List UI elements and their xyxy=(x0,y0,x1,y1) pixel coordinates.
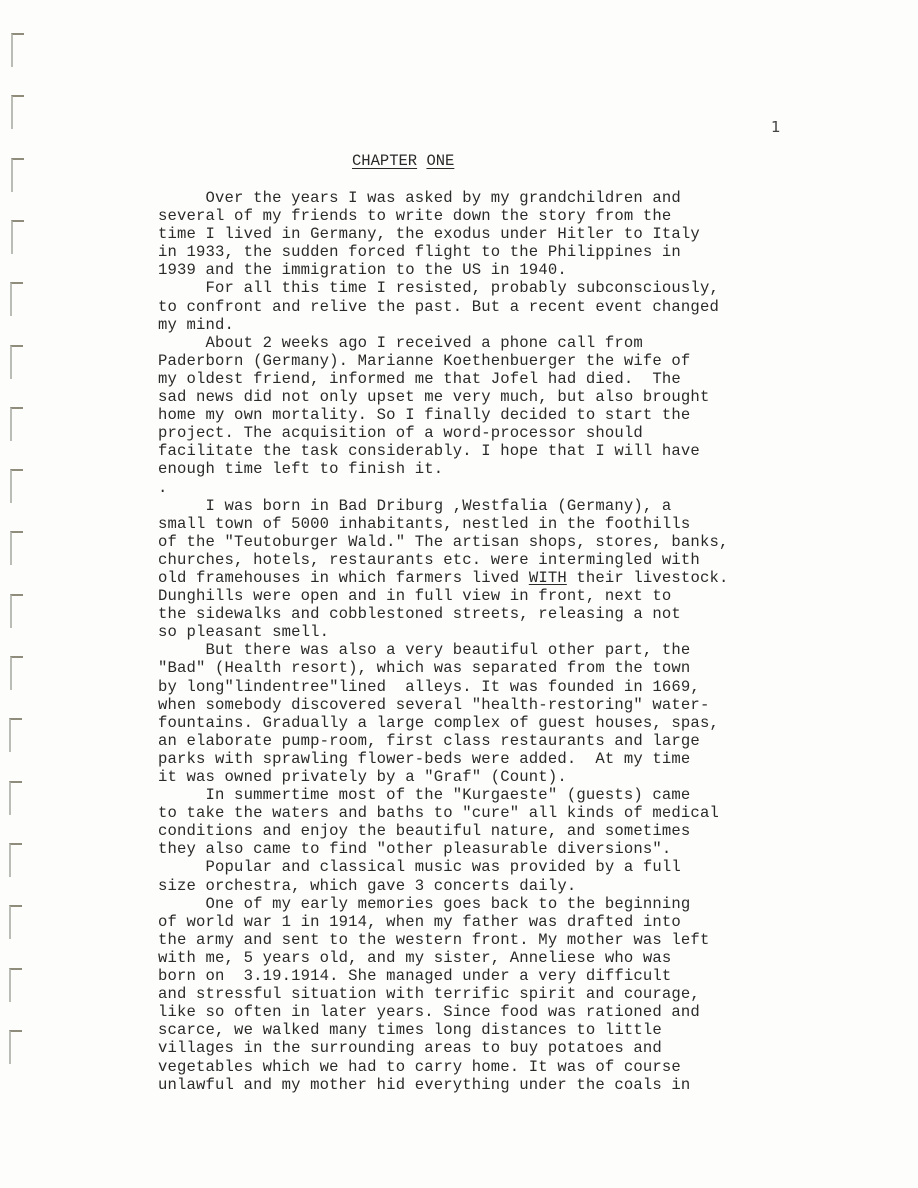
text-segment: their livestock. xyxy=(567,569,729,587)
text-line: with me, 5 years old, and my sister, Ann… xyxy=(158,949,838,967)
chapter-title-word-2: ONE xyxy=(426,152,454,170)
text-line: . xyxy=(158,479,838,497)
text-line: enough time left to finish it. xyxy=(158,460,838,478)
text-line: when somebody discovered several "health… xyxy=(158,696,838,714)
text-line: Popular and classical music was provided… xyxy=(158,858,838,876)
text-line: 1939 and the immigration to the US in 19… xyxy=(158,261,838,279)
text-line: scarce, we walked many times long distan… xyxy=(158,1021,838,1039)
text-line: in 1933, the sudden forced flight to the… xyxy=(158,243,838,261)
text-line: so pleasant smell. xyxy=(158,623,838,641)
page-number: 1 xyxy=(771,118,781,136)
text-line: vegetables which we had to carry home. I… xyxy=(158,1058,838,1076)
text-line: my oldest friend, informed me that Jofel… xyxy=(158,370,838,388)
text-line: Dunghills were open and in full view in … xyxy=(158,587,838,605)
binder-hole-mark xyxy=(10,656,23,690)
text-line: parks with sprawling flower-beds were ad… xyxy=(158,750,838,768)
text-line: several of my friends to write down the … xyxy=(158,207,838,225)
binder-hole-mark xyxy=(10,594,23,628)
document-body: Over the years I was asked by my grandch… xyxy=(158,189,838,1094)
chapter-title: CHAPTER ONE xyxy=(352,152,454,170)
text-line: an elaborate pump-room, first class rest… xyxy=(158,732,838,750)
text-line: it was owned privately by a "Graf" (Coun… xyxy=(158,768,838,786)
text-line: by long"lindentree"lined alleys. It was … xyxy=(158,678,838,696)
text-line: In summertime most of the "Kurgaeste" (g… xyxy=(158,786,838,804)
binder-hole-mark xyxy=(10,345,23,379)
text-line: Paderborn (Germany). Marianne Koethenbue… xyxy=(158,352,838,370)
text-line: churches, hotels, restaurants etc. were … xyxy=(158,551,838,569)
binder-hole-mark xyxy=(9,968,22,1002)
text-line: facilitate the task considerably. I hope… xyxy=(158,442,838,460)
text-line: of world war 1 in 1914, when my father w… xyxy=(158,913,838,931)
text-line: and stressful situation with terrific sp… xyxy=(158,985,838,1003)
text-line: my mind. xyxy=(158,316,838,334)
text-line: like so often in later years. Since food… xyxy=(158,1003,838,1021)
text-line: of the "Teutoburger Wald." The artisan s… xyxy=(158,533,838,551)
text-line: the army and sent to the western front. … xyxy=(158,931,838,949)
text-line: size orchestra, which gave 3 concerts da… xyxy=(158,877,838,895)
text-line: About 2 weeks ago I received a phone cal… xyxy=(158,334,838,352)
text-line: I was born in Bad Driburg ,Westfalia (Ge… xyxy=(158,497,838,515)
text-line: unlawful and my mother hid everything un… xyxy=(158,1076,838,1094)
binder-hole-mark xyxy=(10,469,23,503)
text-line: they also came to find "other pleasurabl… xyxy=(158,840,838,858)
binder-hole-mark xyxy=(9,781,22,815)
text-line: Over the years I was asked by my grandch… xyxy=(158,189,838,207)
text-line: sad news did not only upset me very much… xyxy=(158,388,838,406)
text-line: to take the waters and baths to "cure" a… xyxy=(158,804,838,822)
binder-hole-mark xyxy=(11,220,24,254)
binder-hole-mark xyxy=(9,1030,22,1064)
binder-hole-mark xyxy=(10,407,23,441)
binder-hole-mark xyxy=(11,95,24,129)
text-line: But there was also a very beautiful othe… xyxy=(158,641,838,659)
text-line: home my own mortality. So I finally deci… xyxy=(158,406,838,424)
underlined-emphasis: WITH xyxy=(529,569,567,587)
text-line: For all this time I resisted, probably s… xyxy=(158,279,838,297)
chapter-title-word-1: CHAPTER xyxy=(352,152,417,170)
text-segment: old framehouses in which farmers lived xyxy=(158,569,529,587)
binder-hole-mark xyxy=(9,718,22,752)
binder-hole-mark xyxy=(9,843,22,877)
text-line: conditions and enjoy the beautiful natur… xyxy=(158,822,838,840)
text-line: "Bad" (Health resort), which was separat… xyxy=(158,659,838,677)
text-line: old framehouses in which farmers lived W… xyxy=(158,569,838,587)
text-line: fountains. Gradually a large complex of … xyxy=(158,714,838,732)
binder-hole-mark xyxy=(10,531,23,565)
text-line: the sidewalks and cobblestoned streets, … xyxy=(158,605,838,623)
text-line: One of my early memories goes back to th… xyxy=(158,895,838,913)
binder-hole-mark xyxy=(10,282,23,316)
text-line: time I lived in Germany, the exodus unde… xyxy=(158,225,838,243)
text-line: project. The acquisition of a word-proce… xyxy=(158,424,838,442)
binder-hole-mark xyxy=(11,33,24,67)
text-line: small town of 5000 inhabitants, nestled … xyxy=(158,515,838,533)
text-line: villages in the surrounding areas to buy… xyxy=(158,1039,838,1057)
binder-hole-mark xyxy=(9,905,22,939)
binder-hole-mark xyxy=(11,158,24,192)
text-line: born on 3.19.1914. She managed under a v… xyxy=(158,967,838,985)
text-line: to confront and relive the past. But a r… xyxy=(158,298,838,316)
